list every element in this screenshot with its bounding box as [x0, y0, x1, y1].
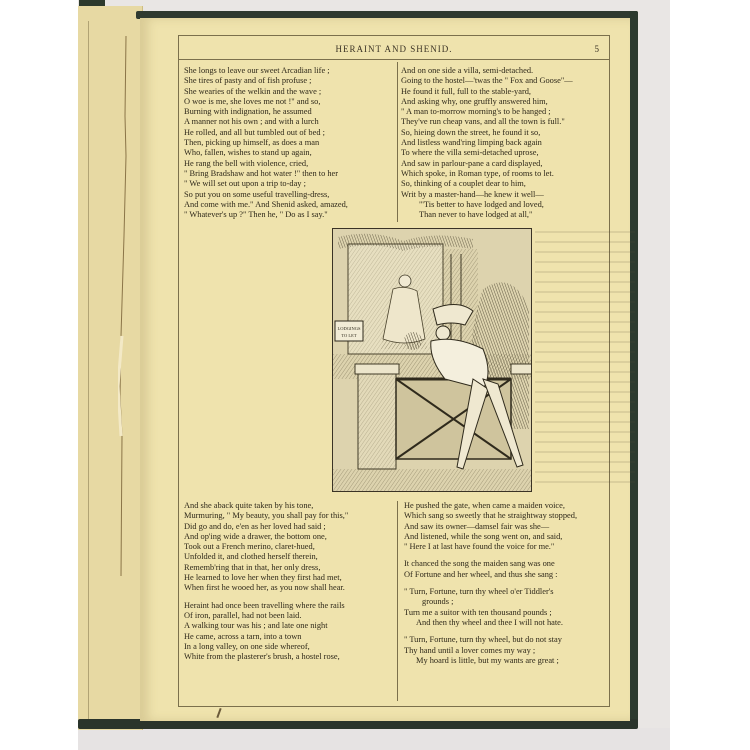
verse-line: He rang the bell with violence, cried, [184, 159, 348, 169]
verse-line: Of Fortune and her wheel, and thus she s… [404, 570, 577, 580]
top-right-column: And on one side a villa, semi-detached. … [401, 66, 573, 220]
verse-line: Took out a French merino, claret-hued, [184, 542, 348, 552]
flyleaf-page [78, 6, 143, 730]
verse-line: And op'ing wide a drawer, the bottom one… [184, 532, 348, 542]
verse-line: Then, picking up himself, as does a man [184, 138, 348, 148]
quote-line: Than never to have lodged at all," [401, 210, 573, 220]
page-tear [118, 36, 128, 576]
verse-line: " Here I at last have found the voice fo… [404, 542, 577, 552]
song-line: " Turn, Fortune, turn thy wheel, but do … [404, 635, 577, 645]
song-line: Thy hand until a lover comes my way ; [404, 646, 577, 656]
verse-line: Going to the hostel—'twas the " Fox and … [401, 76, 573, 86]
flyleaf-margin-rule [88, 21, 89, 721]
book-photo: HERAINT AND SHENID. 5 She longs to leave… [78, 0, 670, 750]
verse-line: And saw its owner—damsel fair was she— [404, 522, 577, 532]
verse-line: He came, across a tarn, into a town [184, 632, 348, 642]
verse-line: " A man to-morrow morning's to be hanged… [401, 107, 573, 117]
verse-line: He found it full, full to the stable-yar… [401, 87, 573, 97]
verse-line: Did go and do, e'en as her loved had sai… [184, 522, 348, 532]
song-line: My hoard is little, but my wants are gre… [404, 656, 577, 666]
verse-line: " Whatever's up ?" Then he, " Do as I sa… [184, 210, 348, 220]
verse-line: In a long valley, on one side whereof, [184, 642, 348, 652]
column-divider [397, 501, 398, 701]
verse-line: She longs to leave our sweet Arcadian li… [184, 66, 348, 76]
song-line: And then thy wheel and thee I will not h… [404, 618, 577, 628]
verse-line: He learned to love her when they first h… [184, 573, 348, 583]
verse-line: " We will set out upon a trip to-day ; [184, 179, 348, 189]
verse-line: When first he wooed her, as you now shal… [184, 583, 348, 593]
verse-line: It chanced the song the maiden sang was … [404, 559, 577, 569]
verse-line: She tires of pasty and of fish profuse ; [184, 76, 348, 86]
song-line: Turn me a suitor with ten thousand pound… [404, 608, 577, 618]
show-through-text [535, 231, 635, 491]
quote-line: "'Tis better to have lodged and loved, [401, 200, 573, 210]
text-frame: HERAINT AND SHENID. 5 She longs to leave… [178, 35, 610, 707]
verse-line: So, thinking of a couplet dear to him, [401, 179, 573, 189]
verse-line: " Bring Bradshaw and hot water !" then t… [184, 169, 348, 179]
verse-line: A walking tour was his ; and late one ni… [184, 621, 348, 631]
verse-line: Of iron, parallel, had not been laid. [184, 611, 348, 621]
verse-line: Unfolded it, and clothed herself therein… [184, 552, 348, 562]
svg-text:LODGINGS: LODGINGS [338, 326, 361, 331]
verse-line: O woe is me, she loves me not !" and so, [184, 97, 348, 107]
verse-line: He pushed the gate, when came a maiden v… [404, 501, 577, 511]
top-left-column: She longs to leave our sweet Arcadian li… [184, 66, 348, 220]
verse-line: Heraint had once been travelling where t… [184, 601, 348, 611]
column-divider [397, 62, 398, 222]
pen-mark [216, 708, 221, 718]
verse-line: And on one side a villa, semi-detached. [401, 66, 573, 76]
illustration-engraving: LODGINGS TO LET [332, 228, 532, 492]
svg-text:TO LET: TO LET [341, 333, 357, 338]
book-page: HERAINT AND SHENID. 5 She longs to leave… [140, 18, 630, 721]
verse-line: They've run cheap vans, and all the town… [401, 117, 573, 127]
verse-line: Which spoke, in Roman type, of rooms to … [401, 169, 573, 179]
verse-line: And saw in parlour-pane a card displayed… [401, 159, 573, 169]
verse-line: Writ by a master-hand—he knew it well— [401, 190, 573, 200]
verse-line: Who, fallen, wishes to stand up again, [184, 148, 348, 158]
verse-line: So put you on some useful travelling-dre… [184, 190, 348, 200]
verse-line: He rolled, and all but tumbled out of be… [184, 128, 348, 138]
page-number: 5 [595, 44, 600, 54]
verse-line: White from the plasterer's brush, a host… [184, 652, 348, 662]
verse-line: And asking why, one gruffly answered him… [401, 97, 573, 107]
bottom-left-column: And she aback quite taken by his tone, M… [184, 501, 348, 662]
verse-line: Burning with indignation, he assumed [184, 107, 348, 117]
bottom-right-column: He pushed the gate, when came a maiden v… [404, 501, 577, 666]
verse-line: So, hieing down the street, he found it … [401, 128, 573, 138]
verse-line: Murmuring, " My beauty, you shall pay fo… [184, 511, 348, 521]
backdrop [78, 728, 670, 750]
verse-line: And come with me." And Shenid asked, ama… [184, 200, 348, 210]
running-title: HERAINT AND SHENID. [179, 44, 609, 54]
verse-line: Rememb'ring that in that, her only dress… [184, 563, 348, 573]
verse-line: A manner not his own ; and with a lurch [184, 117, 348, 127]
verse-line: To where the villa semi-detached uprose, [401, 148, 573, 158]
verse-line: She wearies of the welkin and the wave ; [184, 87, 348, 97]
verse-line: And listened, while the song went on, an… [404, 532, 577, 542]
engraving-art: LODGINGS TO LET [333, 229, 531, 491]
verse-line: And listless wand'ring limping back agai… [401, 138, 573, 148]
song-line: " Turn, Fortune, turn thy wheel o'er Tid… [404, 587, 577, 597]
verse-line: And she aback quite taken by his tone, [184, 501, 348, 511]
song-line: grounds ; [404, 597, 577, 607]
running-header: HERAINT AND SHENID. 5 [179, 36, 609, 60]
verse-line: Which sang so sweetly that he straightwa… [404, 511, 577, 521]
